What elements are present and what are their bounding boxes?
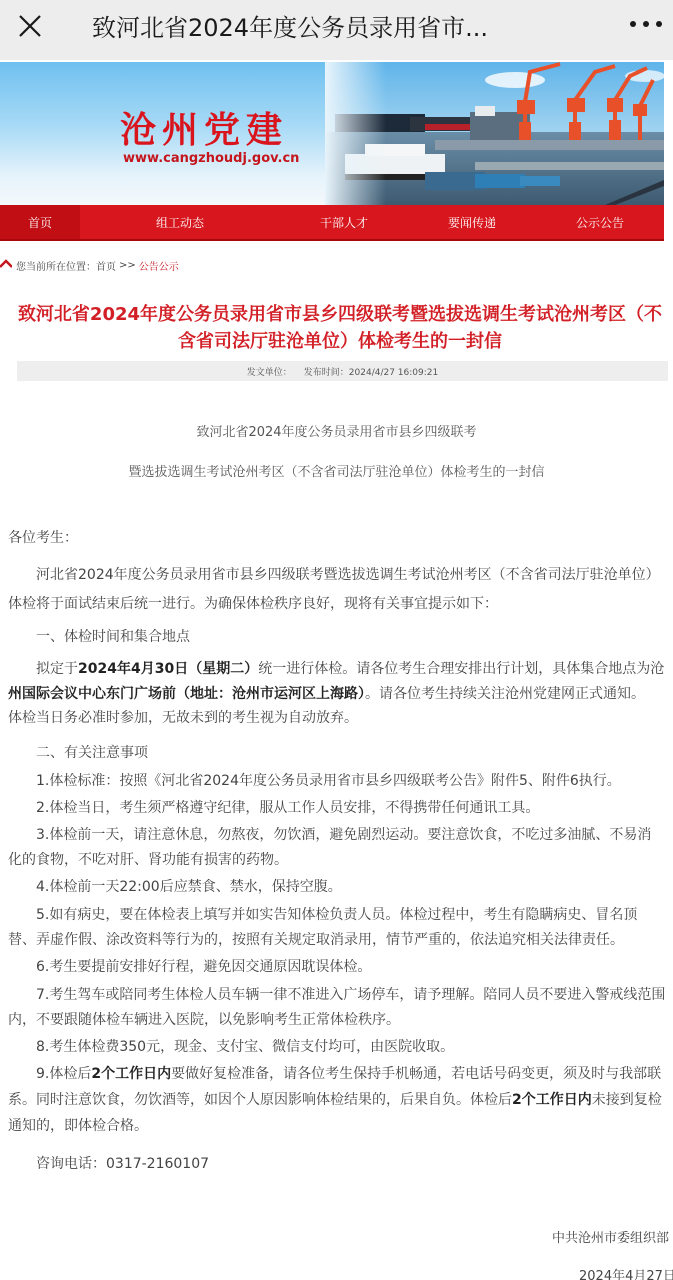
more-icon <box>629 20 663 28</box>
text: 9.体检后 <box>36 1066 91 1082</box>
section1-line3: 体检当日务必准时参加，无故未到的考生视为自动放弃。 <box>8 706 673 731</box>
emphasis: 2个工作日内 <box>91 1066 171 1082</box>
issuer-label: 发文单位： <box>247 365 292 378</box>
letter-title-line1: 致河北省2024年度公务员录用省市县乡四级联考 <box>0 421 673 440</box>
home-icon <box>0 259 12 271</box>
notice-item-9-line3: 通知的，即体检合格。 <box>8 1114 673 1139</box>
signature-org: 中共沧州市委组织部 <box>552 1227 669 1246</box>
site-logo[interactable]: 沧州党建 <box>120 102 288 153</box>
notice-item-7-line1: 7.考生驾车或陪同考生体检人员车辆一律不准进入广场停车，请予理解。陪同人员不要进… <box>36 983 673 1008</box>
section1-title: 一、体检时间和集合地点 <box>36 625 673 650</box>
article-meta: 发文单位： 发布时间：2024/4/27 16:09:21 <box>17 361 668 381</box>
notice-item-5-line2: 替、弄虚作假、涂改资料等行为的，按照有关规定取消录用，情节严重的，依法追究相关法… <box>8 928 673 953</box>
text: 统一进行体检。请各位考生合理安排出行计划，具体集合地点为沧 <box>258 661 664 677</box>
breadcrumb-prefix: 您当前所在位置： <box>16 258 96 273</box>
port-photo <box>325 62 664 205</box>
intro-line2: 体检将于面试结束后统一进行。为确保体检秩序良好，现将有关事宜提示如下： <box>8 592 673 617</box>
app-bar: 致河北省2024年度公务员录用省市... <box>0 0 673 60</box>
nav-item-home[interactable]: 首页 <box>0 205 80 239</box>
section1-line1: 拟定于2024年4月30日（星期二）统一进行体检。请各位考生合理安排出行计划，具… <box>36 657 673 682</box>
text: 系。同时注意饮食，勿饮酒等，如因个人原因影响体检结果的，后果自负。体检后 <box>8 1092 512 1108</box>
meeting-place: 州国际会议中心东门广场前（地址：沧州市运河区上海路） <box>8 686 365 702</box>
notice-item-2: 2.体检当日，考生须严格遵守纪律，服从工作人员安排，不得携带任何通讯工具。 <box>36 796 673 821</box>
notice-item-9-line2: 系。同时注意饮食，勿饮酒等，如因个人原因影响体检结果的，后果自负。体检后2个工作… <box>8 1088 673 1113</box>
section2-title: 二、有关注意事项 <box>36 741 673 766</box>
notice-item-8: 8.考生体检费350元，现金、支付宝、微信支付均可，由医院收取。 <box>36 1035 673 1060</box>
publish-time-label: 发布时间：2024/4/27 16:09:21 <box>304 365 438 378</box>
greeting: 各位考生： <box>8 526 673 551</box>
publish-time: 2024/4/27 16:09:21 <box>349 368 438 378</box>
section1-line2: 州国际会议中心东门广场前（地址：沧州市运河区上海路）。请各位考生持续关注沧州党建… <box>8 682 673 707</box>
notice-item-4: 4.体检前一天22:00后应禁食、禁水，保持空腹。 <box>36 875 673 900</box>
more-button[interactable] <box>626 8 666 40</box>
close-button[interactable] <box>12 8 48 44</box>
text: 拟定于 <box>36 661 78 677</box>
notice-item-5-line1: 5.如有病史，要在体检表上填写并如实告知体检负责人员。体检过程中，考生有隐瞒病史… <box>36 903 673 928</box>
text: 。请各位考生持续关注沧州党建网正式通知。 <box>365 686 645 702</box>
nav-item-news[interactable]: 要闻传递 <box>408 205 536 239</box>
notice-item-3-line2: 化的食物，不吃对肝、肾功能有损害的药物。 <box>8 848 673 873</box>
main-nav: 首页 组工动态 干部人才 要闻传递 公示公告 <box>0 205 664 241</box>
notice-item-1: 1.体检标准：按照《河北省2024年度公务员录用省市县乡四级联考公告》附件5、附… <box>36 769 673 794</box>
emphasis: 2个工作日内 <box>512 1092 592 1108</box>
site-banner: 沧州党建 www.cangzhoudj.gov.cn <box>0 62 664 205</box>
notice-item-3-line1: 3.体检前一天，请注意休息，勿熬夜，勿饮酒，避免剧烈运动。要注意饮食，不吃过多油… <box>36 823 673 848</box>
letter-title-line2: 暨选拔选调生考试沧州考区（不含省司法厅驻沧单位）体检考生的一封信 <box>0 461 673 480</box>
breadcrumb-current[interactable]: 公告公示 <box>139 258 179 273</box>
nav-item-cadres[interactable]: 干部人才 <box>280 205 408 239</box>
signature-date: 2024年4月27日 <box>579 1265 673 1280</box>
time-label: 发布时间： <box>304 368 349 378</box>
breadcrumb-separator: >> <box>119 260 136 271</box>
exam-date: 2024年4月30日（星期二） <box>78 661 258 677</box>
site-url: www.cangzhoudj.gov.cn <box>123 151 299 166</box>
notice-item-6: 6.考生要提前安排好行程，避免因交通原因耽误体检。 <box>36 955 673 980</box>
text: 未接到复检 <box>592 1092 662 1108</box>
page-title: 致河北省2024年度公务员录用省市... <box>92 8 488 43</box>
notice-item-9-line1: 9.体检后2个工作日内要做好复检准备，请各位考生保持手机畅通，若电话号码变更，须… <box>36 1062 673 1087</box>
notice-item-7-line2: 内，不要跟随体检车辆进入医院，以免影响考生正常体检秩序。 <box>8 1008 673 1033</box>
breadcrumb: 您当前所在位置： 首页 >> 公告公示 <box>0 256 179 274</box>
nav-item-announcements[interactable]: 公示公告 <box>536 205 664 239</box>
contact-phone: 咨询电话：0317-2160107 <box>36 1152 673 1177</box>
breadcrumb-home[interactable]: 首页 <box>96 258 116 273</box>
text: 要做好复检准备，请各位考生保持手机畅通，若电话号码变更，须及时与我部联 <box>171 1066 661 1082</box>
intro-line1: 河北省2024年度公务员录用省市县乡四级联考暨选拔选调生考试沧州考区（不含省司法… <box>36 563 673 588</box>
nav-item-work-news[interactable]: 组工动态 <box>80 205 280 239</box>
article-headline: 致河北省2024年度公务员录用省市县乡四级联考暨选拔选调生考试沧州考区（不含省司… <box>12 301 668 355</box>
close-icon <box>17 13 43 39</box>
